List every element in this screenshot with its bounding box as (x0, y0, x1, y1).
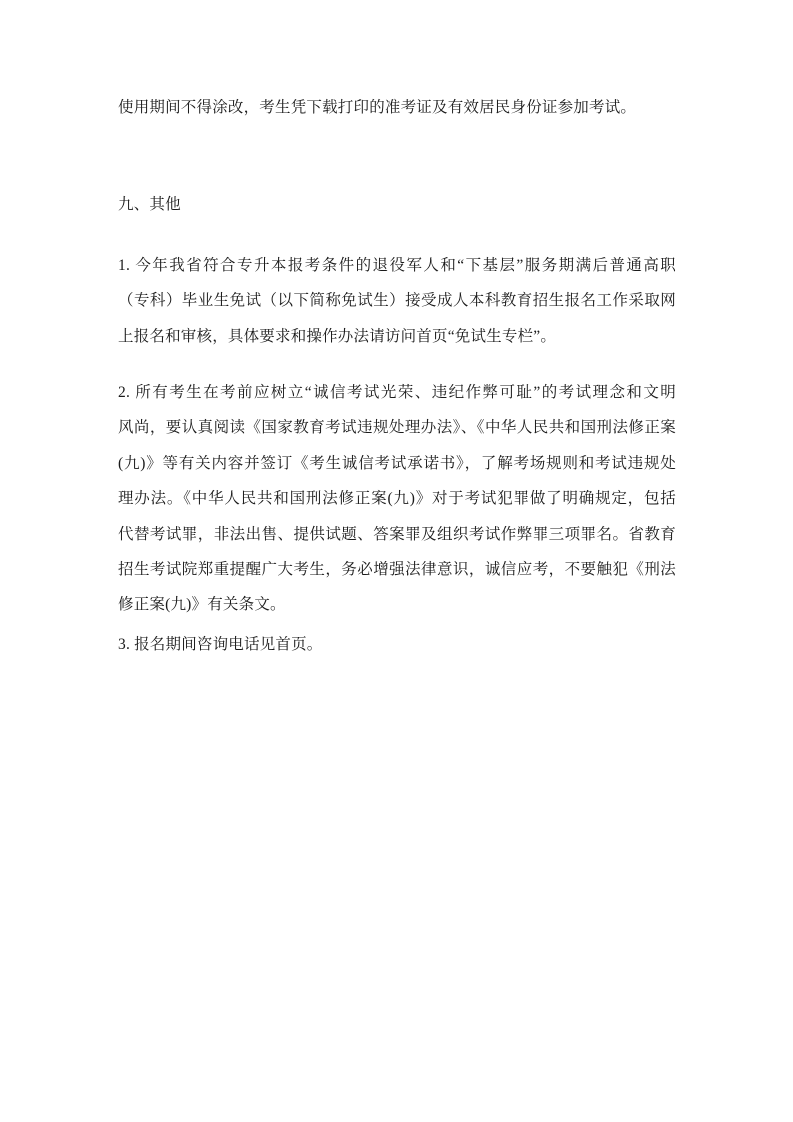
text-line: 招生考试院郑重提醒广大考生，务必增强法律意识，诚信应考，不要触犯《刑法 (118, 552, 676, 587)
section-heading: 九、其他 (118, 187, 676, 222)
paragraph-3: 3. 报名期间咨询电话见首页。 (118, 627, 676, 662)
text-line: 修正案(九)》有关条文。 (118, 587, 676, 622)
paragraph-1: 1. 今年我省符合专升本报考条件的退役军人和“下基层”服务期满后普通高职 （专科… (118, 248, 676, 354)
text-line: 使用期间不得涂改，考生凭下载打印的准考证及有效居民身份证参加考试。 (118, 90, 676, 125)
text-line: (九)》等有关内容并签订《考生诚信考试承诺书》，了解考场规则和考试违规处 (118, 446, 676, 481)
intro-paragraph: 使用期间不得涂改，考生凭下载打印的准考证及有效居民身份证参加考试。 (118, 90, 676, 125)
text-line: 上报名和审核，具体要求和操作办法请访问首页“免试生专栏”。 (118, 319, 676, 354)
text-line: 代替考试罪，非法出售、提供试题、答案罪及组织考试作弊罪三项罪名。省教育 (118, 517, 676, 552)
document-page: 使用期间不得涂改，考生凭下载打印的准考证及有效居民身份证参加考试。 九、其他 1… (0, 0, 793, 1122)
text-line: （专科）毕业生免试（以下简称免试生）接受成人本科教育招生报名工作采取网 (118, 283, 676, 318)
text-line: 理办法。《中华人民共和国刑法修正案(九)》对于考试犯罪做了明确规定，包括 (118, 481, 676, 516)
section-heading-text: 九、其他 (118, 187, 676, 222)
text-line: 风尚，要认真阅读《国家教育考试违规处理办法》、《中华人民共和国刑法修正案 (118, 410, 676, 445)
paragraph-2: 2. 所有考生在考前应树立“诚信考试光荣、违纪作弊可耻”的考试理念和文明 风尚，… (118, 375, 676, 623)
text-line: 3. 报名期间咨询电话见首页。 (118, 627, 676, 662)
text-line: 2. 所有考生在考前应树立“诚信考试光荣、违纪作弊可耻”的考试理念和文明 (118, 375, 676, 410)
text-line: 1. 今年我省符合专升本报考条件的退役军人和“下基层”服务期满后普通高职 (118, 248, 676, 283)
